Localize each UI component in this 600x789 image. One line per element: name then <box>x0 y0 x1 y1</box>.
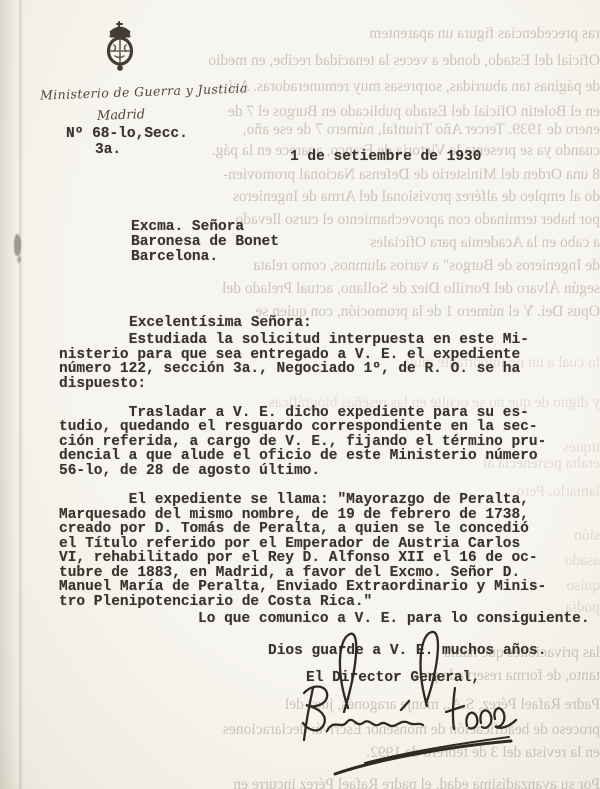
bleedthrough-line: a cabo en la Academia para Oficiales <box>0 235 600 251</box>
royal-crest-stamp-icon <box>99 20 141 76</box>
handwritten-signature-icon <box>283 630 525 782</box>
bleedthrough-line: do al empleo de alférez provisional del … <box>0 189 600 205</box>
vertical-crease-line <box>19 0 21 789</box>
bleedthrough-line: en el Boletín Oficial del Estado publica… <box>0 104 600 120</box>
reference-number: Nº 68-lo,Secc. <box>66 127 188 142</box>
ink-speck <box>17 256 21 263</box>
bleedthrough-line: Oficial del Estado, donde a veces la ten… <box>0 53 600 69</box>
bleedthrough-line: por haber terminado con aprovechamiento … <box>0 212 600 228</box>
comunico-line: Lo que comunico a V. E. para lo consigui… <box>198 612 590 627</box>
bleedthrough-line: de Ingenieros de Burgos" a varios alumno… <box>0 258 600 274</box>
letter-body: Estudiada la solicitud interpuesta en es… <box>59 333 546 609</box>
salutation: Excelentísima Señora: <box>129 316 312 331</box>
ministry-script-letterhead: Ministerio de Guerra y Justicia <box>40 80 248 102</box>
scanned-letter-page: ras precedencias figura un aparentemOfic… <box>0 0 600 789</box>
ink-smudge <box>14 234 21 256</box>
bleedthrough-line: ras precedencias figura un aparentem <box>0 26 600 42</box>
bleedthrough-line: según Álvaro del Portillo Diez de Sollan… <box>0 281 600 297</box>
recipient-address: Excma. Señora Baronesa de Bonet Barcelon… <box>131 220 279 266</box>
reference-section: 3a. <box>95 143 121 158</box>
page-edge-shadow <box>0 0 18 789</box>
city-script-letterhead: Madrid <box>97 107 146 124</box>
letter-date: 1 de setiembre de 1930 <box>290 150 481 165</box>
bleedthrough-line: 8 una Orden del Ministerio de Defensa Na… <box>0 167 600 183</box>
